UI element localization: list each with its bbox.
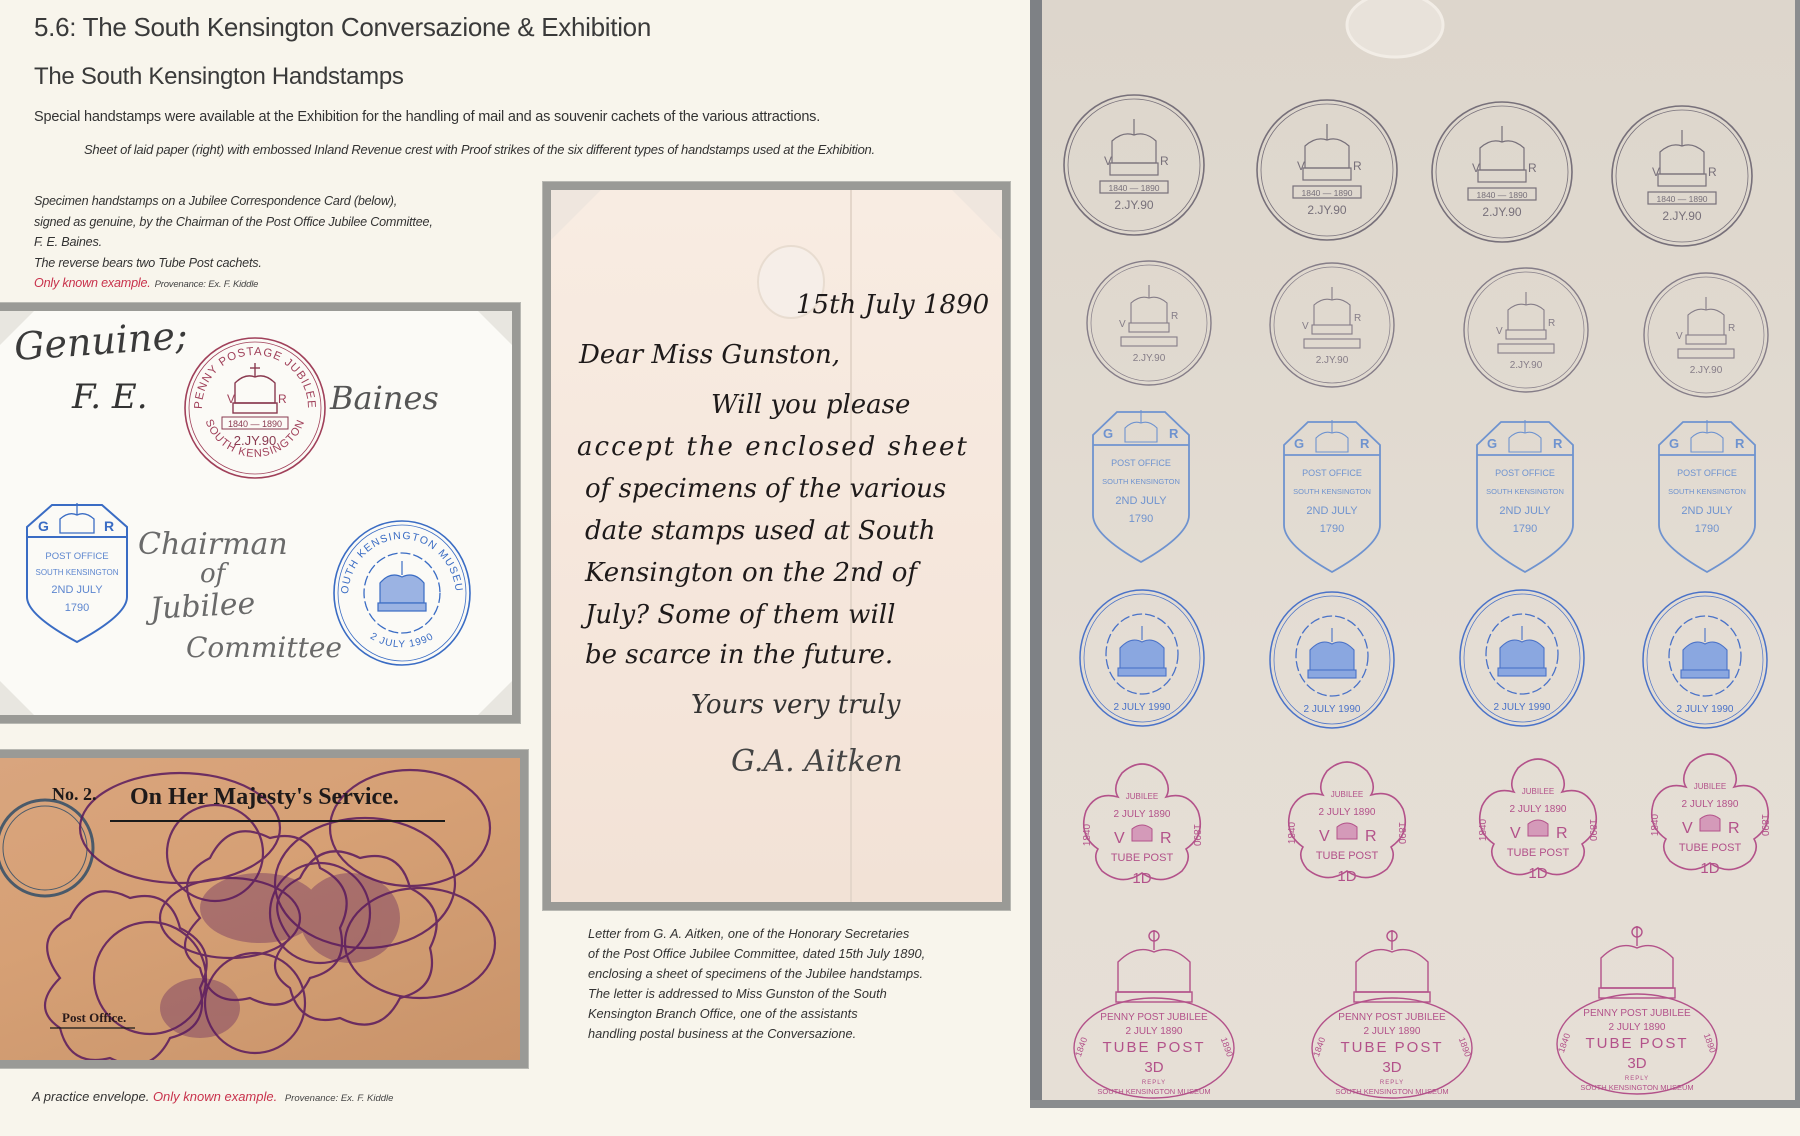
handwriting-initials: F. E. xyxy=(72,377,148,417)
svg-text:R: R xyxy=(278,392,287,406)
envelope-footer: Post Office. xyxy=(62,1010,126,1026)
svg-text:1790: 1790 xyxy=(65,602,89,614)
handwriting-chairman: Chairman xyxy=(138,527,288,562)
letter-caption-line: Letter from G. A. Aitken, one of the Hon… xyxy=(588,924,1008,944)
letter-caption-line: handling postal business at the Conversa… xyxy=(588,1024,1008,1044)
crown-icon xyxy=(60,503,94,533)
south-kensington-museum-handstamp: SOUTH KENSINGTON MUSEUM 2 JULY 1990 xyxy=(330,517,474,669)
provenance-label: Provenance: Ex. F. Kiddle xyxy=(155,279,259,290)
crown-icon xyxy=(233,363,277,413)
sheet-mount-border xyxy=(1030,0,1042,1108)
card-caption-line: Specimen handstamps on a Jubilee Corresp… xyxy=(34,191,433,212)
letter-body-line: Will you please xyxy=(711,390,910,420)
letter-body-line: accept the enclosed sheet xyxy=(577,432,969,462)
crown-icon xyxy=(378,561,426,611)
handwriting-committee: Committee xyxy=(186,631,342,664)
letter-body-line: July? Some of them will xyxy=(585,600,895,630)
embossed-inland-revenue-crest-icon xyxy=(1347,0,1443,57)
handwriting-surname: Baines xyxy=(330,379,439,417)
letter-caption-line: enclosing a sheet of specimens of the Ju… xyxy=(588,964,1008,984)
svg-text:SOUTH KENSINGTON: SOUTH KENSINGTON xyxy=(36,568,119,577)
svg-text:2.JY.90: 2.JY.90 xyxy=(234,433,276,448)
svg-text:G: G xyxy=(38,518,49,534)
page-title: 5.6: The South Kensington Conversazione … xyxy=(34,12,651,43)
letter-caption-line: of the Post Office Jubilee Committee, da… xyxy=(588,944,1008,964)
correspondence-card: Genuine; F. E. Baines Chairman of Jubile… xyxy=(0,311,512,715)
letter-body-line: be scarce in the future. xyxy=(585,640,893,670)
envelope-number: No. 2. xyxy=(52,784,97,805)
svg-text:V: V xyxy=(227,392,235,406)
handwriting-of: of xyxy=(200,559,225,589)
svg-text:1840 — 1890: 1840 — 1890 xyxy=(228,419,282,429)
sheet-mount-border-right xyxy=(1795,0,1800,1108)
envelope-caption-text: A practice envelope. xyxy=(32,1089,149,1104)
letter-caption: Letter from G. A. Aitken, one of the Hon… xyxy=(588,924,1008,1044)
sheet-description: Sheet of laid paper (right) with embosse… xyxy=(84,142,875,157)
letter-salutation: Dear Miss Gunston, xyxy=(579,340,840,370)
letter-closing: Yours very truly xyxy=(691,690,900,720)
specimen-sheet: V R 1840 — 1890 2.JY.90 V R 2.JY.90 xyxy=(1042,0,1795,1100)
letter-caption-line: Kensington Branch Office, one of the ass… xyxy=(588,1004,1008,1024)
letter-body-line: Kensington on the 2nd of xyxy=(585,558,917,588)
provenance-label: Provenance: Ex. F. Kiddle xyxy=(285,1093,394,1104)
svg-text:2ND JULY: 2ND JULY xyxy=(51,584,103,596)
letter-body-line: date stamps used at South xyxy=(585,516,935,546)
letter-signature: G.A. Aitken xyxy=(731,744,903,779)
letter-body-line: of specimens of the various xyxy=(585,474,946,504)
aitken-letter: 15th July 1890 Dear Miss Gunston, Will y… xyxy=(551,190,1002,902)
svg-text:POST OFFICE: POST OFFICE xyxy=(45,551,108,562)
svg-text:R: R xyxy=(104,518,114,534)
card-caption: Specimen handstamps on a Jubilee Corresp… xyxy=(34,191,433,296)
penny-postage-jubilee-handstamp: PENNY POSTAGE JUBILEE SOUTH KENSINGTON V… xyxy=(180,333,330,483)
envelope-caption: A practice envelope. Only known example.… xyxy=(32,1089,393,1104)
correspondence-card-mount: Genuine; F. E. Baines Chairman of Jubile… xyxy=(0,303,520,723)
intro-text: Special handstamps were available at the… xyxy=(34,109,820,125)
card-caption-line: The reverse bears two Tube Post cachets. xyxy=(34,253,433,274)
svg-text:2 JULY 1990: 2 JULY 1990 xyxy=(368,631,436,650)
letter-caption-line: The letter is addressed to Miss Gunston … xyxy=(588,984,1008,1004)
practice-envelope-mount: No. 2. On Her Majesty's Service. Post Of… xyxy=(0,750,528,1068)
practice-envelope: No. 2. On Her Majesty's Service. Post Of… xyxy=(0,758,520,1060)
only-known-example-label: Only known example. xyxy=(153,1089,277,1104)
only-known-example-label: Only known example. xyxy=(34,276,151,290)
post-office-shield-handstamp: G R POST OFFICE SOUTH KENSINGTON 2ND JUL… xyxy=(22,497,132,647)
card-caption-line: F. E. Baines. xyxy=(34,232,433,253)
sheet-mount-border-bottom xyxy=(1030,1100,1800,1108)
specimen-handstamps: V R 1840 — 1890 2.JY.90 V R 2.JY.90 xyxy=(1042,0,1795,1100)
page-subtitle: The South Kensington Handstamps xyxy=(34,63,404,91)
card-caption-line: signed as genuine, by the Chairman of th… xyxy=(34,212,433,233)
handwriting-jubilee: Jubilee xyxy=(149,586,256,626)
aitken-letter-mount: 15th July 1890 Dear Miss Gunston, Will y… xyxy=(543,182,1010,910)
letter-date: 15th July 1890 xyxy=(796,290,989,320)
envelope-ohms-heading: On Her Majesty's Service. xyxy=(130,784,399,811)
